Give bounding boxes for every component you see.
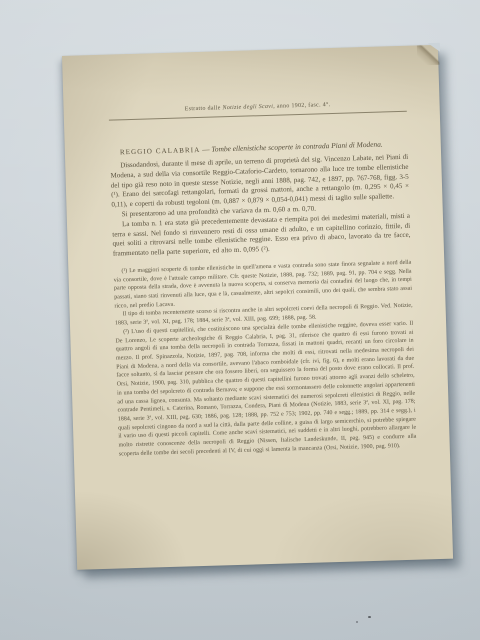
dust-speck — [368, 616, 371, 618]
footnote: (²) L'uso di questi capitellini, che cos… — [115, 320, 417, 459]
folded-corner-notch — [428, 43, 440, 52]
folded-corner — [415, 44, 440, 67]
printed-text-block: Estratto dalle Notizie degli Scavi, anno… — [109, 100, 417, 459]
article-body: Dissodandosi, durante il mese di aprile,… — [110, 153, 411, 260]
article-title-place: REGGIO CALABRIA — [120, 146, 201, 156]
article-title-subject: Tombe ellenistiche scoperte in contrada … — [211, 140, 383, 154]
offprint-header: Estratto dalle Notizie degli Scavi, anno… — [109, 100, 407, 116]
dust-speck — [356, 621, 358, 623]
footnotes-block: (¹) Le maggiori scoperte di tombe elleni… — [113, 259, 417, 459]
offprint-header-suffix: , anno 1902, fasc. 4°. — [273, 102, 330, 110]
body-paragraph: La tomba n. 1 era stata già precedenteme… — [112, 212, 411, 260]
paper-sheet: Estratto dalle Notizie degli Scavi, anno… — [62, 45, 453, 570]
offprint-header-prefix: Estratto dalle — [185, 105, 223, 112]
article-title-dash: — — [200, 145, 211, 154]
body-paragraph: Dissodandosi, durante il mese di aprile,… — [110, 153, 409, 211]
offprint-header-work: Notizie degli Scavi — [222, 104, 273, 112]
photo-background: Estratto dalle Notizie degli Scavi, anno… — [0, 0, 480, 640]
